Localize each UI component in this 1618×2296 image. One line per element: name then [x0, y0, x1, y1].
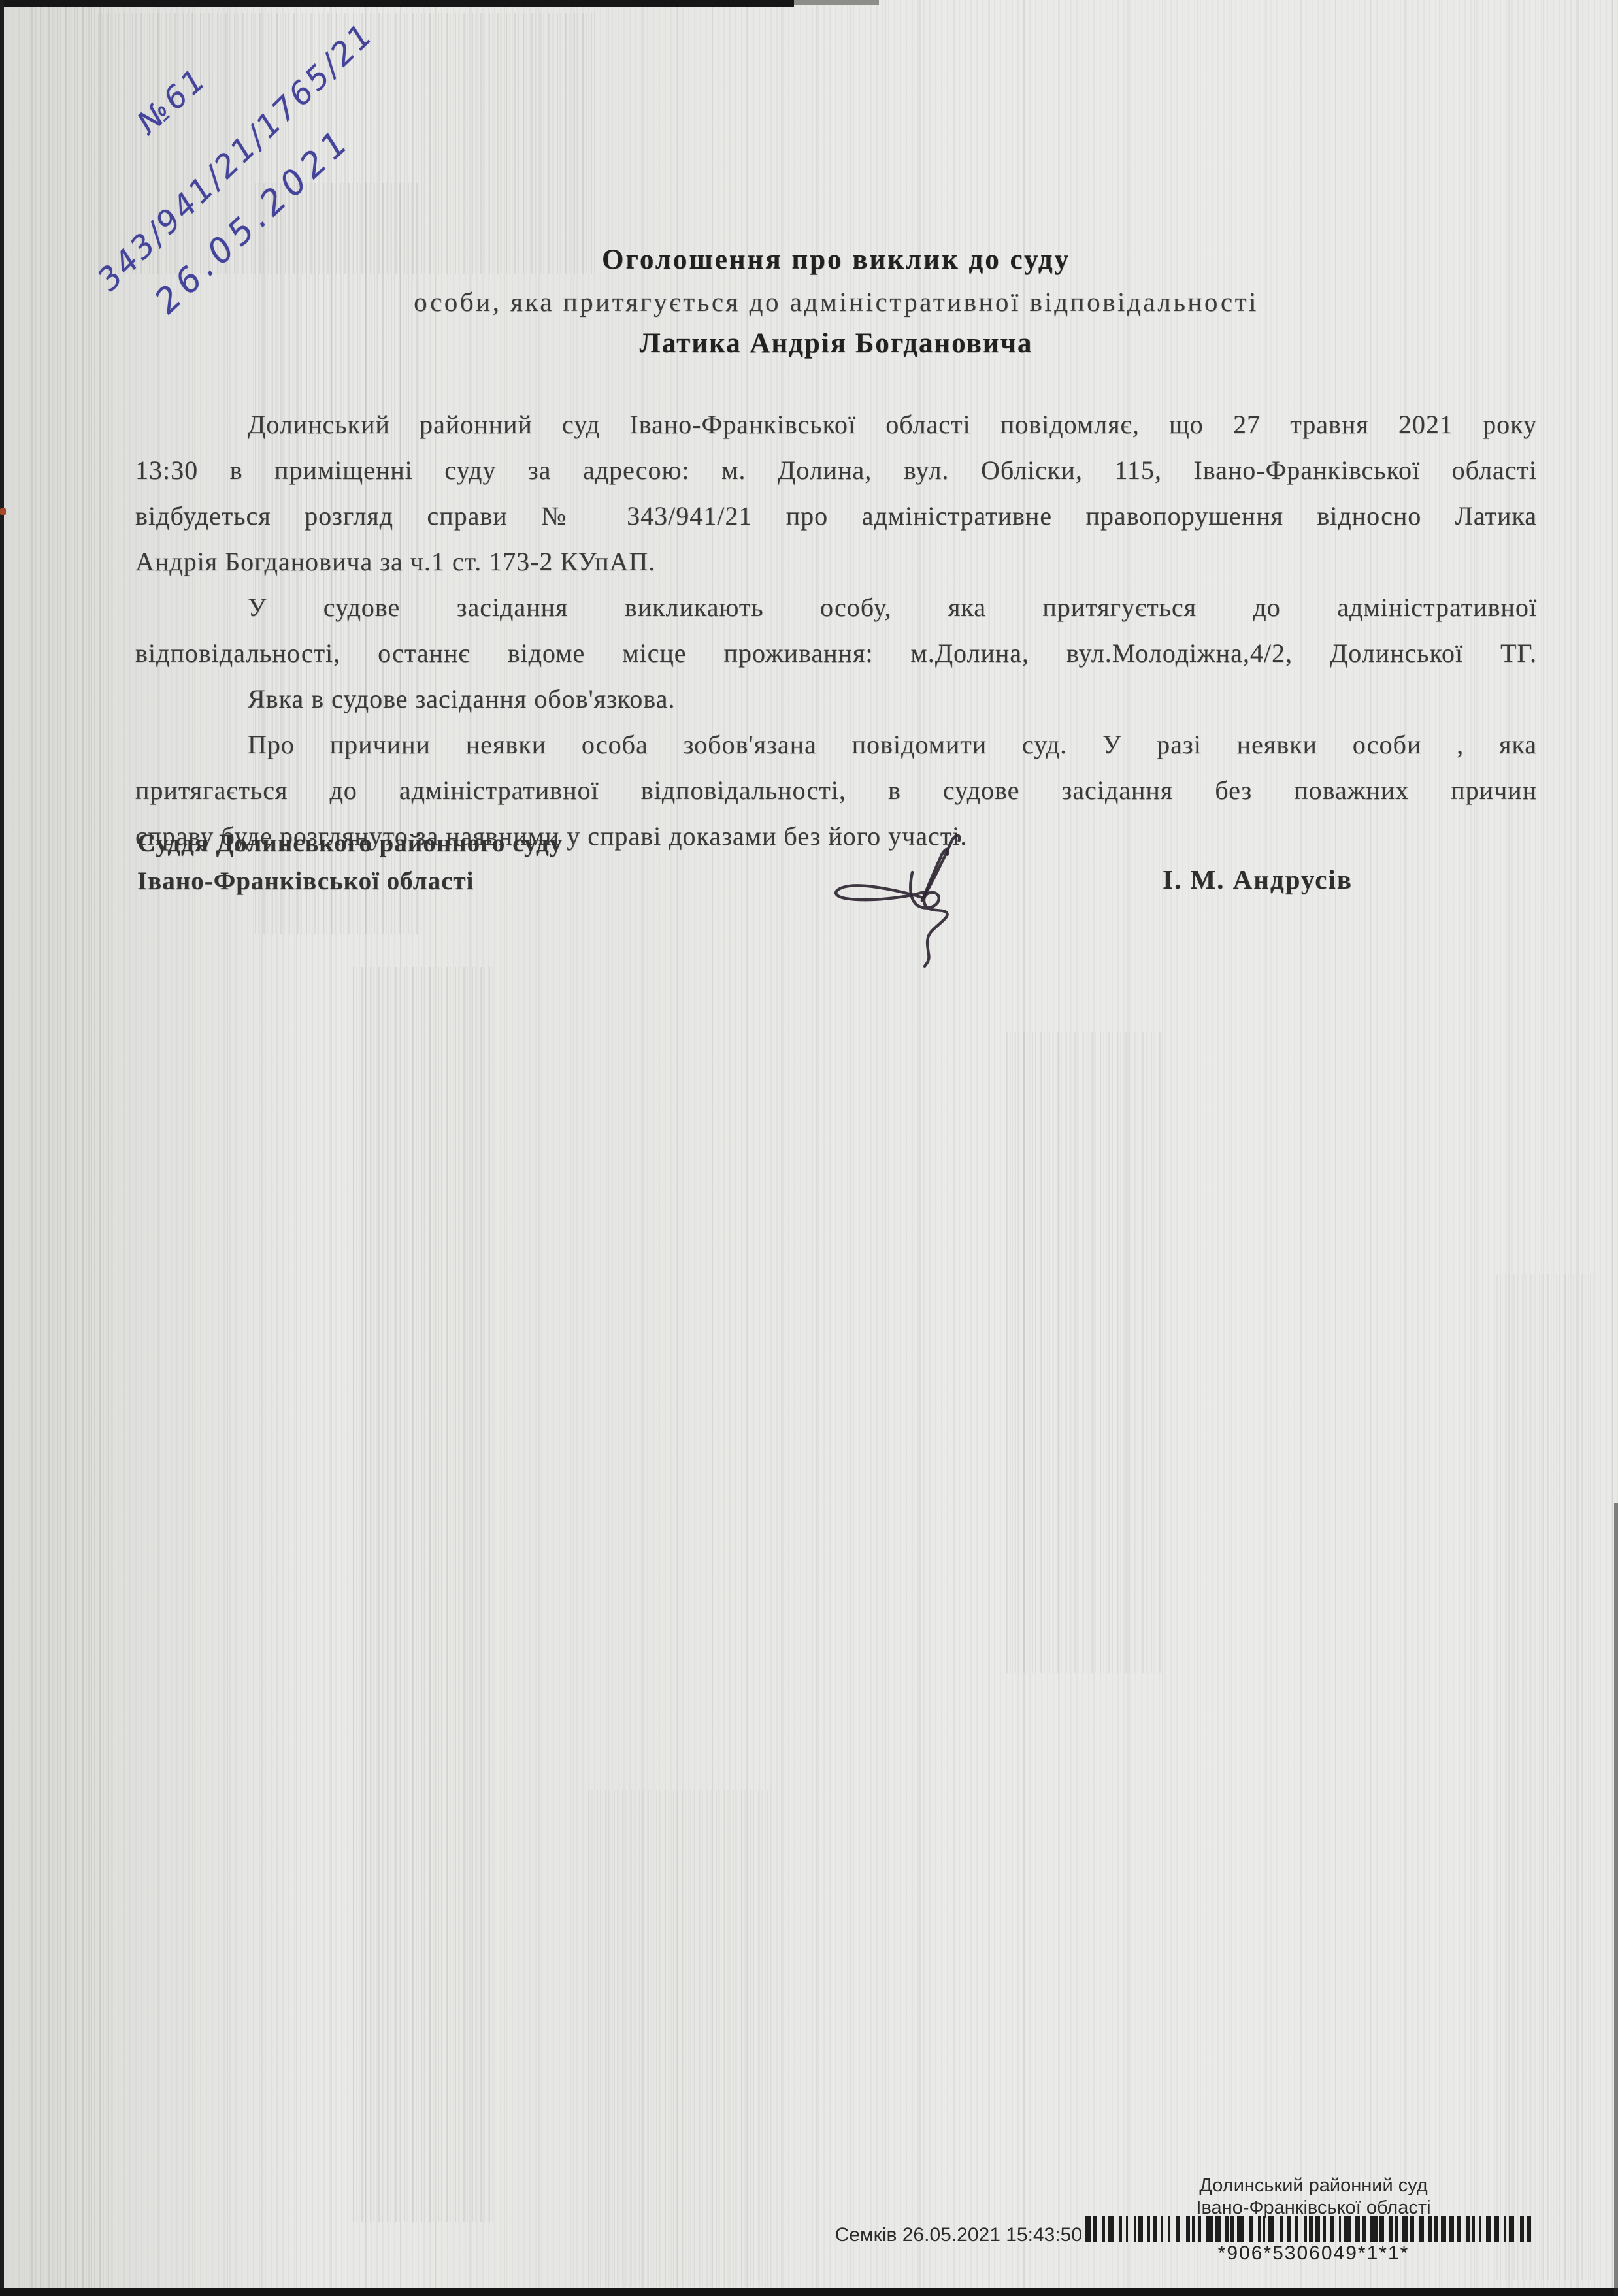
- signature-role: Суддя Долинського районного суду Івано-Ф…: [137, 825, 725, 900]
- body-line: відбудеться розгляд справи № 343/941/21 …: [135, 493, 1537, 539]
- signature-role-line1: Суддя Долинського районного суду: [137, 825, 725, 862]
- body-line: Про причини неявки особа зобов'язана пов…: [135, 722, 1537, 768]
- scan-edge-left: [0, 0, 4, 2296]
- body-line: притягається до адміністративної відпові…: [135, 768, 1537, 813]
- scan-edge-right: [1614, 1503, 1618, 2296]
- signature-role-line2: Івано-Франківської області: [137, 862, 725, 900]
- scan-streaks: [1006, 1032, 1163, 1673]
- person-name: Латика Андрія Богдановича: [135, 323, 1537, 365]
- document-subtitle: особи, яка притягується до адміністратив…: [135, 281, 1537, 323]
- body-line: 13:30 в приміщенні суду за адресою: м. Д…: [135, 448, 1537, 493]
- footer-stamp-text: Семків 26.05.2021 15:43:50: [751, 2224, 1082, 2246]
- document-body: Долинський районний суд Івано-Франківськ…: [135, 402, 1537, 859]
- document-title: Оголошення про виклик до суду: [135, 239, 1537, 281]
- scan-speck: [0, 508, 6, 515]
- scan-streaks: [588, 1790, 771, 2287]
- scan-edge-bottom: [0, 2288, 1618, 2296]
- body-line: Андрія Богдановича за ч.1 ст. 173-2 КУпА…: [135, 539, 1537, 585]
- footer-court-line1: Долинський районний суд: [1111, 2174, 1516, 2197]
- body-line: У судове засідання викликають особу, яка…: [135, 585, 1537, 631]
- body-line: відповідальності, останнє відоме місце п…: [135, 631, 1537, 676]
- judge-signature-scribble: [829, 831, 966, 968]
- barcode-value: *906*5306049*1*1*: [1111, 2242, 1516, 2265]
- scanned-court-document: №61 343/941/21/1765/21 26.05.2021 Оголош…: [0, 0, 1618, 2296]
- scan-edge-top: [0, 0, 794, 7]
- footer-court-line2: Івано-Франківської області: [1111, 2197, 1516, 2219]
- scan-edge-top-gray: [794, 0, 879, 5]
- body-line: Долинський районний суд Івано-Франківськ…: [135, 402, 1537, 448]
- scan-streaks: [31, 7, 116, 2288]
- scan-streaks: [353, 967, 497, 2222]
- body-line: Явка в судове засідання обов'язкова.: [135, 676, 1537, 722]
- footer-court-name: Долинський районний суд Івано-Франківськ…: [1111, 2174, 1516, 2219]
- barcode: [1085, 2216, 1536, 2242]
- document-header: Оголошення про виклик до суду особи, яка…: [135, 239, 1537, 365]
- judge-name: І. М. Андрусів: [1163, 864, 1353, 895]
- scan-streaks: [1496, 1274, 1594, 2280]
